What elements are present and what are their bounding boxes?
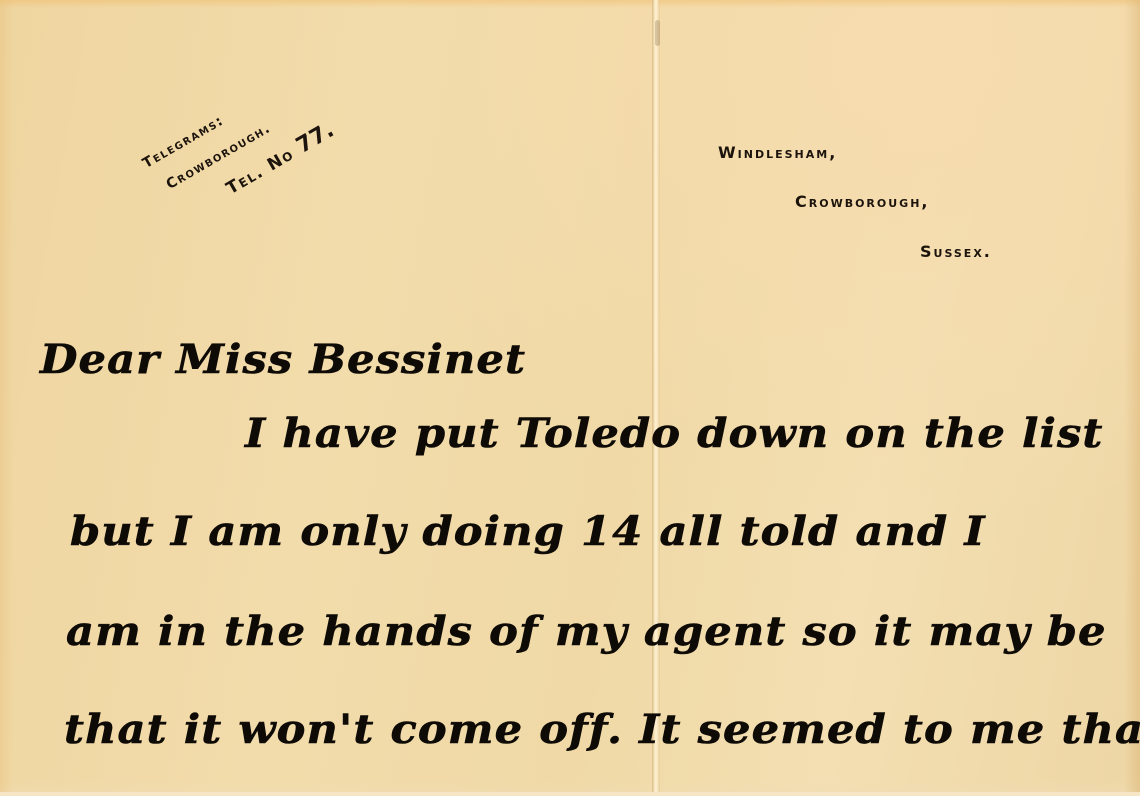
telephone-number: Tel. No 77. [221,118,338,200]
letterhead-address-house: Windlesham, [718,143,837,162]
letter-line: that it won't come off. It seemed to me … [64,706,1140,753]
letter-line: but I am only doing 14 all told and I [70,508,986,555]
telephone-digits: 77. [292,118,338,159]
letter-page: Telegrams: Crowborough. Tel. No 77. Wind… [0,0,1140,796]
letter-line: I have put Toledo down on the list [245,410,1103,457]
letter-salutation: Dear Miss Bessinet [40,336,526,383]
letter-line: am in the hands of my agent so it may be [66,608,1107,655]
letterhead-address-town: Crowborough, [795,192,930,211]
paper-fold-crease [652,0,660,796]
paper-fold-notch [655,20,660,46]
letterhead-address-county: Sussex. [920,242,992,261]
paper-bottom-edge [0,792,1140,796]
